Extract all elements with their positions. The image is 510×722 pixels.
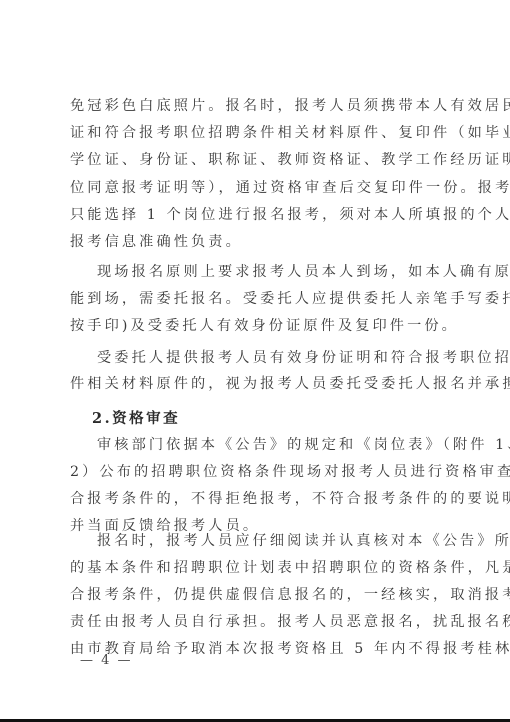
paragraph-2-line-1: 现场报名原则上要求报考人员本人到场，如本人确有原因不 bbox=[97, 264, 454, 281]
paragraph-3-line-2: 件相关材料原件的，视为报考人员委托受委托人报名并承担责任。 bbox=[70, 376, 454, 393]
paragraph-1-line-4: 位同意报考证明等），通过资格审查后交复印件一份。报考人员 bbox=[70, 180, 454, 197]
paragraph-2-line-3: 按手印)及受委托人有效身份证原件及复印件一份。 bbox=[70, 318, 454, 335]
paragraph-5-line-4: 责任由报考人员自行承担。报考人员恶意报名，扰乱报名秩序的， bbox=[70, 614, 454, 631]
document-page: 免冠彩色白底照片。报名时，报考人员须携带本人有效居民身份 证和符合报考职位招聘条… bbox=[0, 0, 510, 719]
paragraph-4-line-2: 2）公布的招聘职位资格条件现场对报考人员进行资格审查，对符 bbox=[70, 464, 454, 481]
paragraph-1-line-3: 学位证、身份证、职称证、教师资格证、教学工作经历证明、单 bbox=[70, 152, 454, 169]
paragraph-5-line-3: 合报考条件，仍提供虚假信息报名的，一经核实，取消报考资格， bbox=[70, 587, 454, 604]
paragraph-5-line-2: 的基本条件和招聘职位计划表中招聘职位的资格条件，凡是不符 bbox=[70, 560, 454, 577]
paragraph-1-line-6: 报考信息准确性负责。 bbox=[70, 234, 454, 251]
section-heading: 2.资格审查 bbox=[92, 410, 180, 427]
paragraph-4-line-1: 审核部门依据本《公告》的规定和《岗位表》（附件 1、附件 bbox=[97, 437, 454, 454]
paragraph-5-line-1: 报名时，报考人员应仔细阅读并认真核对本《公告》所列招聘 bbox=[97, 533, 454, 550]
paragraph-1-line-5: 只能选择 1 个岗位进行报名报考，须对本人所填报的个人信息和 bbox=[70, 207, 454, 224]
paragraph-3-line-1: 受委托人提供报考人员有效身份证明和符合报考职位招聘条 bbox=[97, 350, 454, 367]
paragraph-1-line-1: 免冠彩色白底照片。报名时，报考人员须携带本人有效居民身份 bbox=[70, 98, 454, 115]
page-number: — 4 — bbox=[80, 652, 133, 669]
paragraph-4-line-3: 合报考条件的，不得拒绝报考，不符合报考条件的的要说明理由， bbox=[70, 491, 454, 508]
paragraph-2-line-2: 能到场，需委托报名。受委托人应提供委托人亲笔手写委托书(加 bbox=[70, 291, 454, 308]
paragraph-1-line-2: 证和符合报考职位招聘条件相关材料原件、复印件（如毕业证、 bbox=[70, 125, 454, 142]
